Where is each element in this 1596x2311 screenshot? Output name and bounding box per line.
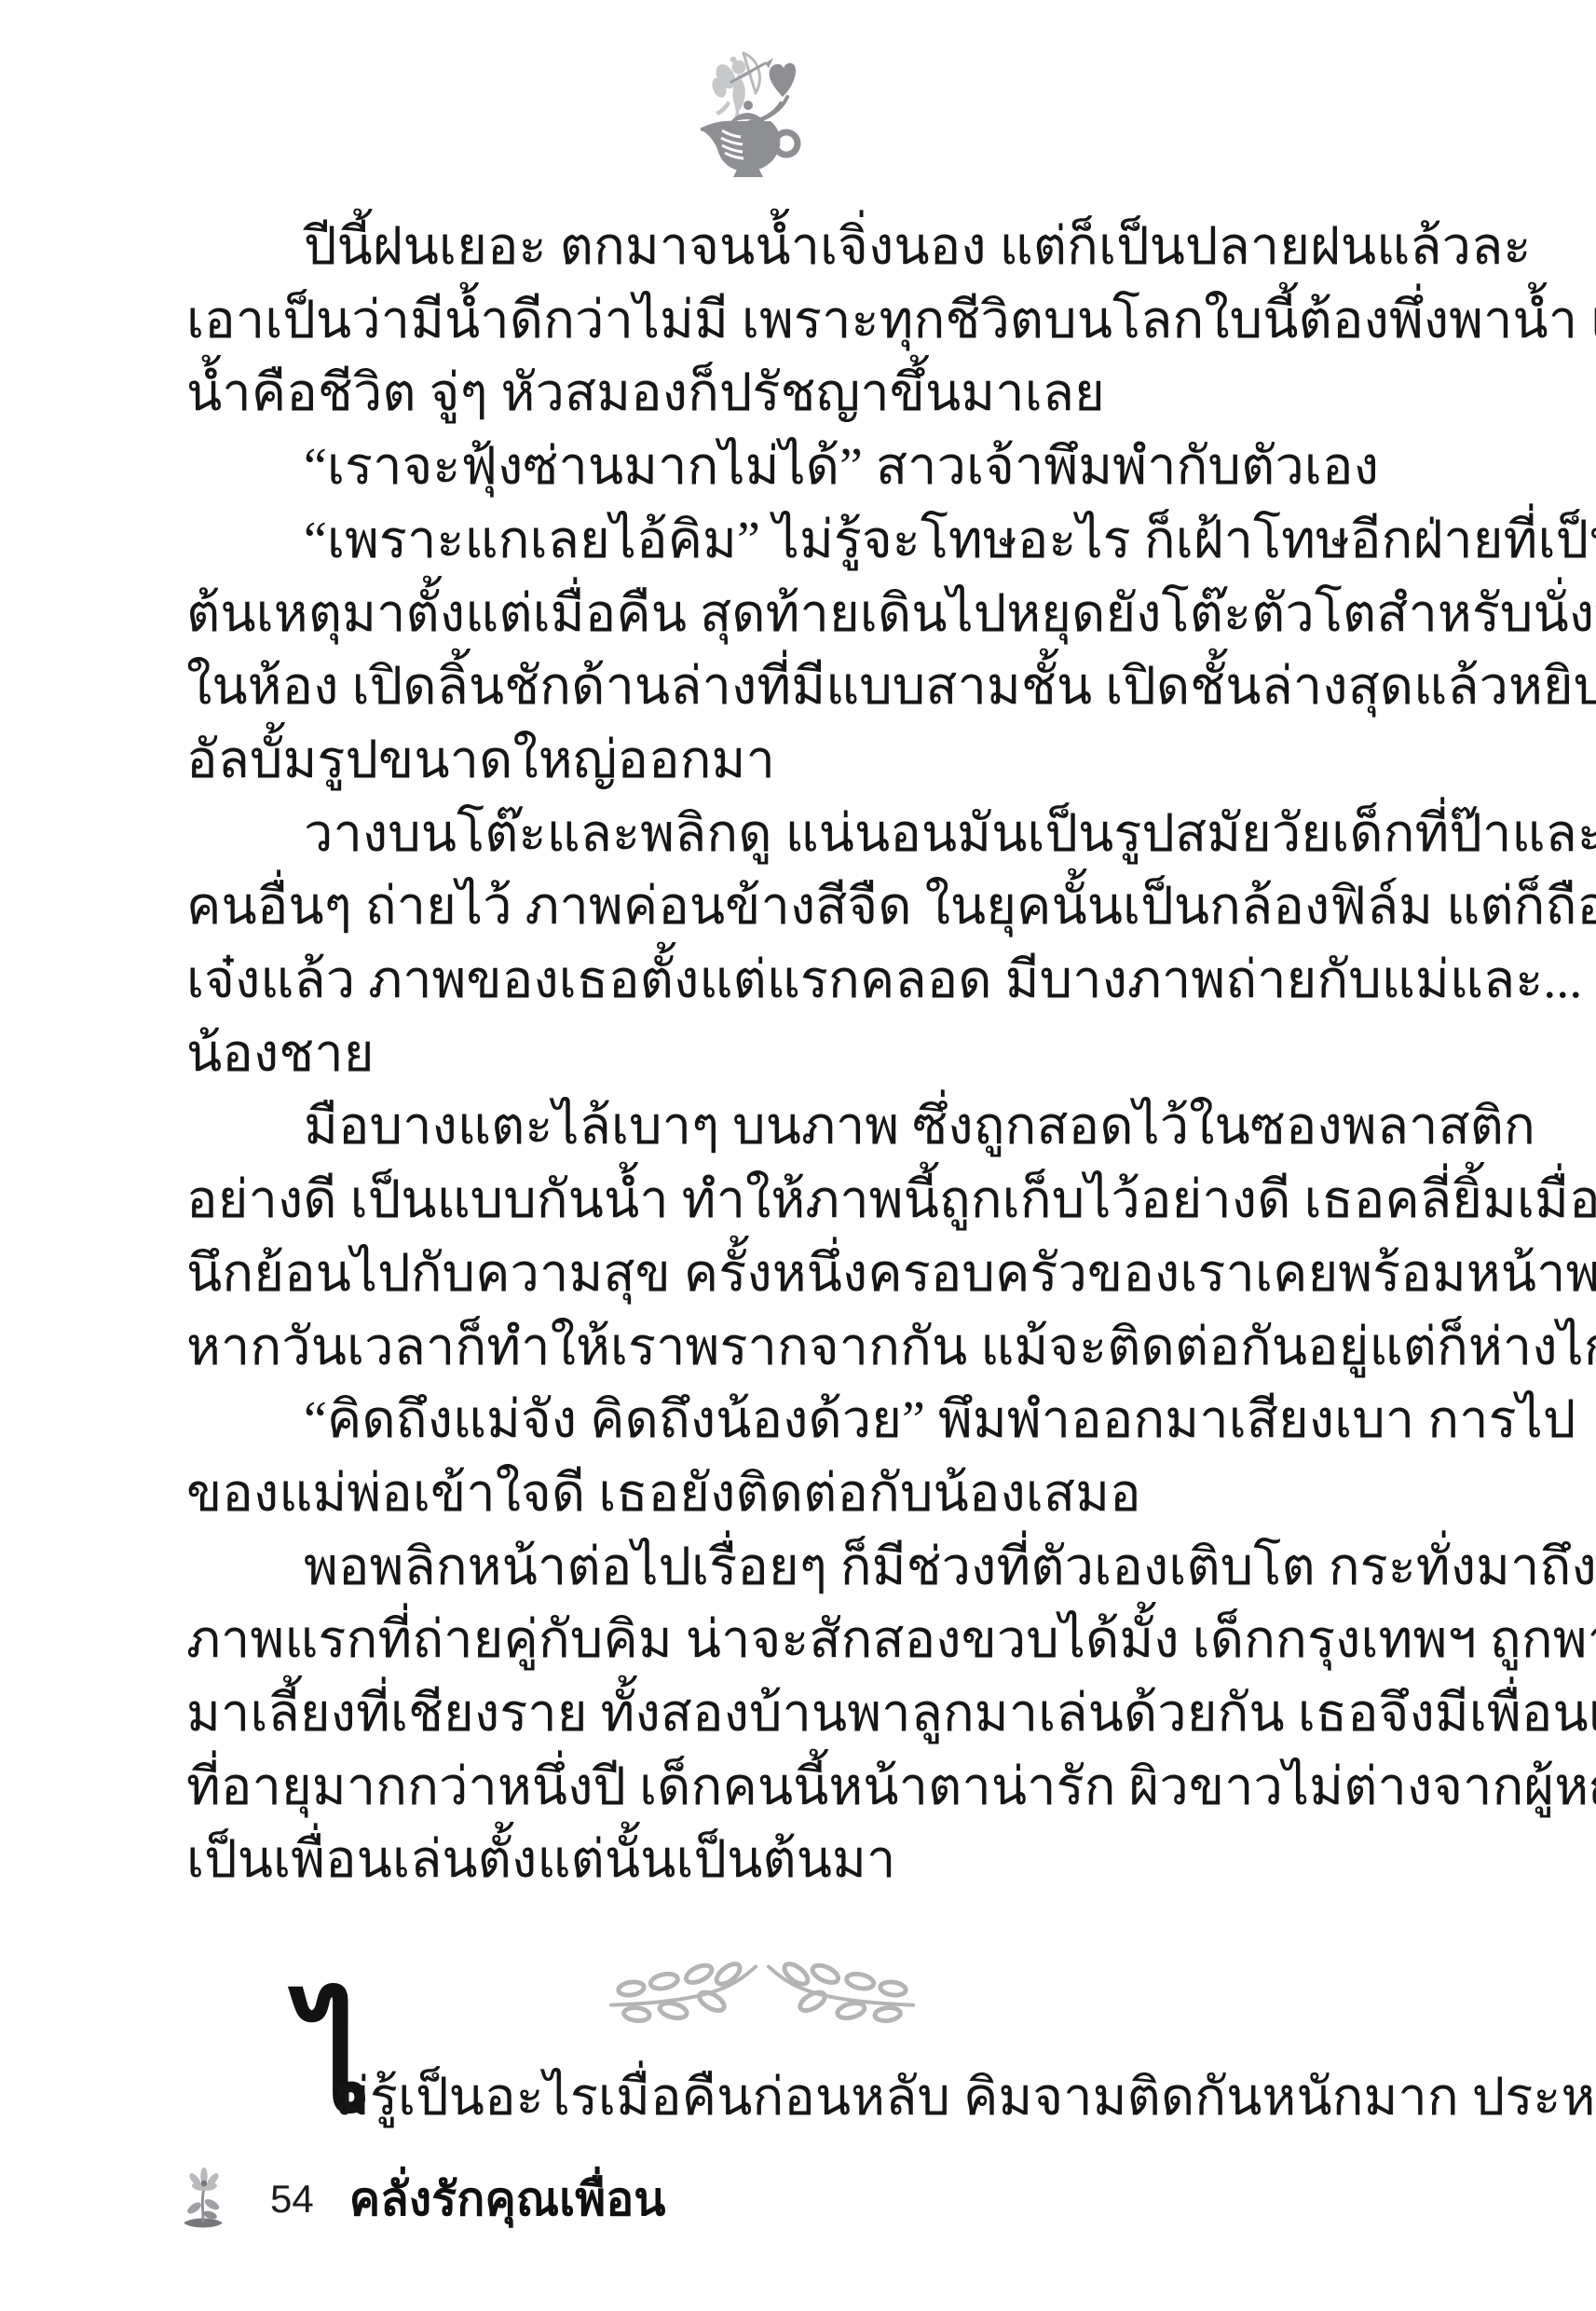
page-number: 54 — [270, 2177, 314, 2222]
text-line: ต้นเหตุมาตั้งแต่เมื่อคืน สุดท้ายเดินไปหย… — [186, 578, 1379, 651]
text-line: ในห้อง เปิดลิ้นชักด้านล่างที่มีแบบสามชั้… — [186, 650, 1379, 724]
page-text-block: ปีนี้ฝนเยอะ ตกมาจนน้ำเจิ่งนอง แต่ก็เป็นป… — [186, 211, 1379, 1897]
text-line: ของแม่พ่อเข้าใจดี เธอยังติดต่อกับน้องเสม… — [186, 1457, 1379, 1531]
text-line: วางบนโต๊ะและพลิกดู แน่นอนมันเป็นรูปสมัยว… — [186, 798, 1379, 871]
text-line: นึกย้อนไปกับความสุข ครั้งหนึ่งครอบครัวขอ… — [186, 1238, 1379, 1311]
text-line: มาเลี้ยงที่เชียงราย ทั้งสองบ้านพาลูกมาเล… — [186, 1677, 1379, 1751]
text-line: พอพลิกหน้าต่อไปเรื่อยๆ ก็มีช่วงที่ตัวเอง… — [186, 1531, 1379, 1605]
book-title: คลั่งรักคุณเพื่อน — [349, 2163, 666, 2236]
text-line: “คิดถึงแม่จัง คิดถึงน้องด้วย” พึมพำออกมา… — [186, 1384, 1379, 1457]
text-line: หากวันเวลาก็ทำให้เราพรากจากกัน แม้จะติดต… — [186, 1311, 1379, 1385]
text-line: เอาเป็นว่ามีน้ำดีกว่าไม่มี เพราะทุกชีวิต… — [186, 284, 1379, 358]
text-line: ที่อายุมากกว่าหนึ่งปี เด็กคนนี้หน้าตาน่า… — [186, 1751, 1379, 1825]
text-line: มือบางแตะไล้เบาๆ บนภาพ ซึ่งถูกสอดไว้ในซอ… — [186, 1090, 1379, 1164]
text-line: น้ำคือชีวิต จู่ๆ หัวสมองก็ปรัชญาขึ้นมาเล… — [186, 357, 1379, 431]
closing-line: ม่รู้เป็นอะไรเมื่อคืนก่อนหลับ คิมจามติดก… — [335, 2061, 1596, 2135]
text-line: อย่างดี เป็นแบบกันน้ำ ทำให้ภาพนี้ถูกเก็บ… — [186, 1164, 1379, 1238]
cupid-lamp-graphic — [689, 48, 812, 177]
page-footer: 54 คลั่งรักคุณเพื่อน — [181, 2166, 665, 2233]
text-line: อัลบั้มรูปขนาดใหญ่ออกมา — [186, 724, 1379, 798]
text-line: คนอื่นๆ ถ่ายไว้ ภาพค่อนข้างสีจืด ในยุคนั… — [186, 870, 1379, 944]
laurel-divider-icon — [604, 1953, 921, 2028]
text-line: ภาพแรกที่ถ่ายคู่กับคิม น่าจะสักสองขวบได้… — [186, 1604, 1379, 1677]
text-line: “เพราะแกเลยไอ้คิม” ไม่รู้จะโทษอะไร ก็เฝ้… — [186, 504, 1379, 578]
book-page: ปีนี้ฝนเยอะ ตกมาจนน้ำเจิ่งนอง แต่ก็เป็นป… — [0, 0, 1596, 2311]
text-line: น้องชาย — [186, 1018, 1379, 1091]
text-line: “เราจะฟุ้งซ่านมากไม่ได้” สาวเจ้าพึมพำกับ… — [186, 431, 1379, 504]
text-line: ปีนี้ฝนเยอะ ตกมาจนน้ำเจิ่งนอง แต่ก็เป็นป… — [186, 211, 1379, 284]
laurel-branch-right — [765, 1953, 921, 2028]
cupid-genie-lamp-ornament-icon — [689, 48, 812, 177]
flower-plant-icon — [181, 2167, 225, 2231]
text-line: เป็นเพื่อนเล่นตั้งแต่นั้นเป็นต้นมา — [186, 1824, 1379, 1897]
text-line: เจ๋งแล้ว ภาพของเธอตั้งแต่แรกคลอด มีบางภา… — [186, 944, 1379, 1018]
laurel-branch-left — [604, 1953, 759, 2028]
